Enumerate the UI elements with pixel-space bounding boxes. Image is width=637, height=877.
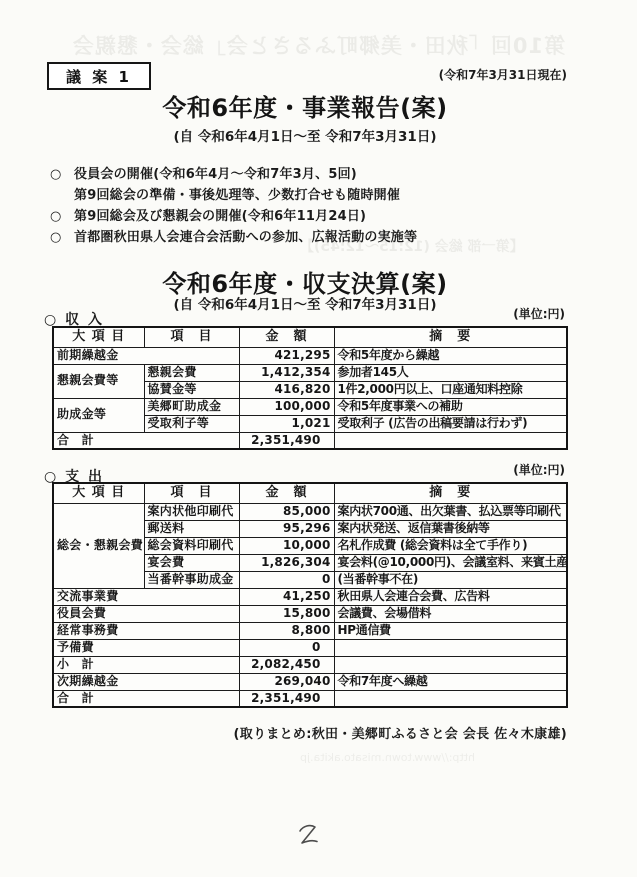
header-note: 摘 要 <box>334 483 567 503</box>
activity-list: ○ 役員会の開催(令和6年4月〜令和7年3月、5回) 第9回総会の準備・事後処理… <box>50 164 417 248</box>
note-cell: 令和5年度から繰越 <box>334 347 567 364</box>
item-cell: 美郷町助成金 <box>144 398 239 415</box>
note-cell: 1件2,000円以上、口座通知料控除 <box>334 381 567 398</box>
table-row: 助成金等 美郷町助成金 100,000 令和5年度事業への補助 <box>53 398 567 415</box>
item-cell: 懇親会費 <box>144 364 239 381</box>
amount-cell: 416,820 <box>239 381 334 398</box>
note-cell: 受取利子 (広告の出稿要請は行わず) <box>334 415 567 432</box>
major-category-cell: 交流事業費 <box>53 588 239 605</box>
note-cell: 宴会料(@10,000円)、会議室料、来賓土産等 <box>334 554 567 571</box>
total-amount-cell: 2,351,490 <box>239 690 334 707</box>
note-cell: 案内状発送、返信葉書後納等 <box>334 520 567 537</box>
agenda-number-label: 議 案 1 <box>66 66 132 87</box>
table-row: 交流事業費 41,250 秋田県人会連合会費、広告料 <box>53 588 567 605</box>
expense-unit-label: (単位:円) <box>513 461 565 478</box>
amount-cell: 1,412,354 <box>239 364 334 381</box>
header-item: 項 目 <box>144 327 239 347</box>
total-label-cell: 合 計 <box>53 690 239 707</box>
agenda-number-box: 議 案 1 <box>47 62 151 90</box>
note-cell: 秋田県人会連合会費、広告料 <box>334 588 567 605</box>
income-unit-label: (単位:円) <box>513 305 565 322</box>
item-cell: 案内状他印刷代 <box>144 503 239 520</box>
note-cell: 会議費、会場借料 <box>334 605 567 622</box>
list-item-text: 役員会の開催(令和6年4月〜令和7年3月、5回) <box>74 164 357 185</box>
amount-cell: 1,826,304 <box>239 554 334 571</box>
amount-cell: 269,040 <box>239 673 334 690</box>
total-label-cell: 合 計 <box>53 432 239 449</box>
table-header-row: 大 項 目 項 目 金 額 摘 要 <box>53 327 567 347</box>
header-major-category: 大 項 目 <box>53 483 144 503</box>
note-cell <box>334 432 567 449</box>
bullet-circle-icon: ○ <box>50 227 74 248</box>
as-of-date: (令和7年3月31日現在) <box>439 66 567 83</box>
major-category-cell: 懇親会費等 <box>53 364 144 398</box>
item-cell: 受取利子等 <box>144 415 239 432</box>
amount-cell: 421,295 <box>239 347 334 364</box>
list-item: 第9回総会の準備・事後処理等、少数打合せも随時開催 <box>50 185 417 206</box>
table-row: 経常事務費 8,800 HP通信費 <box>53 622 567 639</box>
item-cell: 総会資料印刷代 <box>144 537 239 554</box>
item-cell: 協賛金等 <box>144 381 239 398</box>
header-amount: 金 額 <box>239 483 334 503</box>
list-item: ○ 首都圏秋田県人会連合会活動への参加、広報活動の実施等 <box>50 227 417 248</box>
note-cell <box>334 639 567 656</box>
header-amount: 金 額 <box>239 327 334 347</box>
amount-cell: 0 <box>239 571 334 588</box>
item-cell: 郵送料 <box>144 520 239 537</box>
note-cell: 名札作成費 (総会資料は全て手作り) <box>334 537 567 554</box>
amount-cell: 95,296 <box>239 520 334 537</box>
list-item-text: 第9回総会の準備・事後処理等、少数打合せも随時開催 <box>74 185 400 206</box>
note-cell: 案内状700通、出欠葉書、払込票等印刷代 <box>334 503 567 520</box>
subtotal-amount-cell: 2,082,450 <box>239 656 334 673</box>
amount-cell: 85,000 <box>239 503 334 520</box>
list-item: ○ 第9回総会及び懇親会の開催(令和6年11月24日) <box>50 206 417 227</box>
list-item-text: 首都圏秋田県人会連合会活動への参加、広報活動の実施等 <box>74 227 417 248</box>
list-item-text: 第9回総会及び懇親会の開催(令和6年11月24日) <box>74 206 366 227</box>
bullet-circle-icon: ○ <box>50 206 74 227</box>
header-item: 項 目 <box>144 483 239 503</box>
table-subtotal-row: 小 計 2,082,450 <box>53 656 567 673</box>
amount-cell: 100,000 <box>239 398 334 415</box>
table-row: 前期繰越金 421,295 令和5年度から繰越 <box>53 347 567 364</box>
header-note: 摘 要 <box>334 327 567 347</box>
credit-line: (取りまとめ:秋田・美郷町ふるさと会 会長 佐々木康雄) <box>233 723 567 742</box>
table-row: 懇親会費等 懇親会費 1,412,354 参加者145人 <box>53 364 567 381</box>
table-total-row: 合 計 2,351,490 <box>53 432 567 449</box>
bullet-circle-icon: ○ <box>50 164 74 185</box>
note-cell: 令和5年度事業への補助 <box>334 398 567 415</box>
total-amount-cell: 2,351,490 <box>239 432 334 449</box>
handwritten-2-glyph <box>296 822 322 852</box>
amount-cell: 1,021 <box>239 415 334 432</box>
table-row: 次期繰越金 269,040 令和7年度へ繰越 <box>53 673 567 690</box>
scanned-document-page: 第10回「秋田・美郷町ふるさと会」総会・懇親会 【第一部 総会 (12:15〜1… <box>0 0 637 877</box>
business-report-period: (自 令和6年4月1日〜至 令和7年3月31日) <box>0 125 610 145</box>
major-category-cell: 経常事務費 <box>53 622 239 639</box>
item-cell: 宴会費 <box>144 554 239 571</box>
bleedthrough-text: http://www.town.misato.akita.jp <box>300 751 475 764</box>
amount-cell: 41,250 <box>239 588 334 605</box>
note-cell: 参加者145人 <box>334 364 567 381</box>
subtotal-label-cell: 小 計 <box>53 656 239 673</box>
table-row: 役員会費 15,800 会議費、会場借料 <box>53 605 567 622</box>
note-cell <box>334 690 567 707</box>
note-cell <box>334 656 567 673</box>
business-report-title: 令和6年度・事業報告(案) <box>0 88 610 123</box>
note-cell: 令和7年度へ繰越 <box>334 673 567 690</box>
major-category-cell: 役員会費 <box>53 605 239 622</box>
amount-cell: 8,800 <box>239 622 334 639</box>
item-cell: 当番幹事助成金 <box>144 571 239 588</box>
amount-cell: 0 <box>239 639 334 656</box>
list-item: ○ 役員会の開催(令和6年4月〜令和7年3月、5回) <box>50 164 417 185</box>
table-total-row: 合 計 2,351,490 <box>53 690 567 707</box>
major-category-cell: 予備費 <box>53 639 239 656</box>
table-header-row: 大 項 目 項 目 金 額 摘 要 <box>53 483 567 503</box>
income-table: 大 項 目 項 目 金 額 摘 要 前期繰越金 421,295 令和5年度から繰… <box>52 326 568 450</box>
expense-table: 大 項 目 項 目 金 額 摘 要 総会・懇親会費 案内状他印刷代 85,000… <box>52 482 568 708</box>
note-cell: (当番幹事不在) <box>334 571 567 588</box>
header-major-category: 大 項 目 <box>53 327 144 347</box>
major-category-cell: 次期繰越金 <box>53 673 239 690</box>
table-row: 総会・懇親会費 案内状他印刷代 85,000 案内状700通、出欠葉書、払込票等… <box>53 503 567 520</box>
major-category-cell: 前期繰越金 <box>53 347 239 364</box>
amount-cell: 10,000 <box>239 537 334 554</box>
amount-cell: 15,800 <box>239 605 334 622</box>
table-row: 予備費 0 <box>53 639 567 656</box>
note-cell: HP通信費 <box>334 622 567 639</box>
major-category-cell: 総会・懇親会費 <box>53 503 144 588</box>
major-category-cell: 助成金等 <box>53 398 144 432</box>
bleedthrough-text: 第10回「秋田・美郷町ふるさと会」総会・懇親会 <box>0 30 637 60</box>
page-number <box>296 822 322 856</box>
